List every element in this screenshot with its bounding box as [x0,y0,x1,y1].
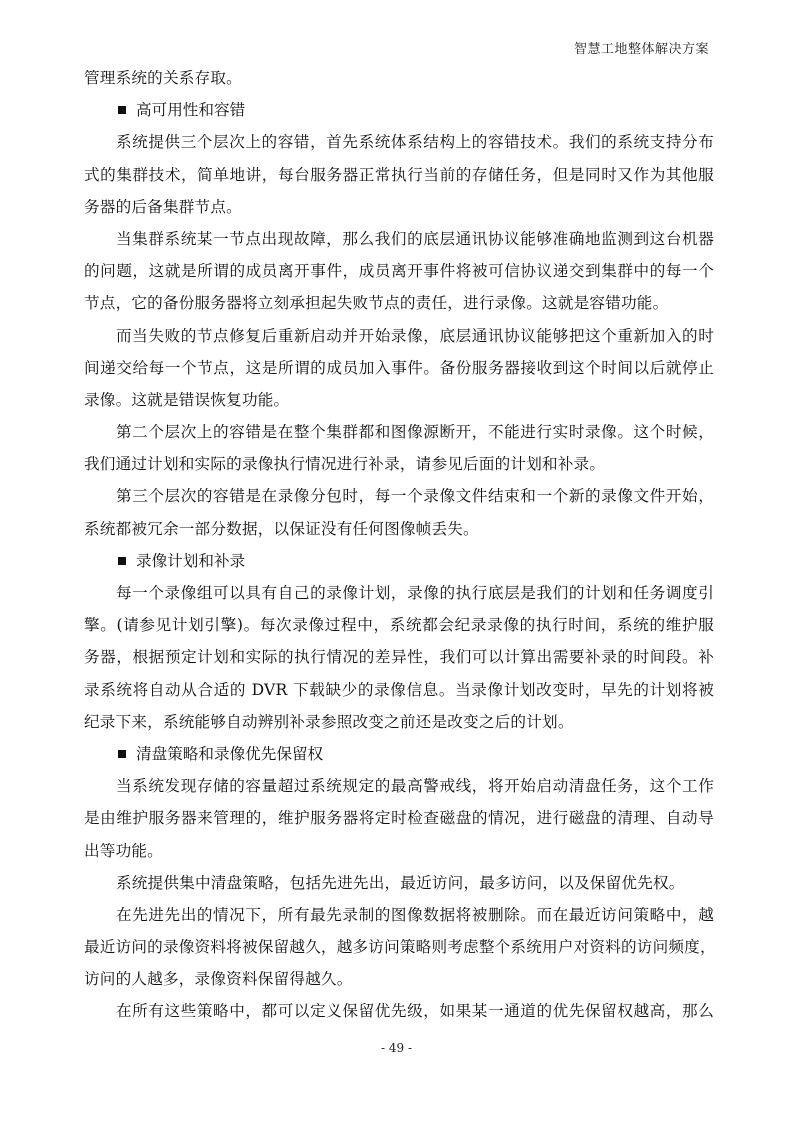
paragraph-line: 务器的后备集群节点。 [84,191,714,223]
square-bullet-icon [118,557,126,565]
square-bullet-icon [118,106,126,114]
paragraph-line: 务器，根据预定计划和实际的执行情况的差异性，我们可以计算出需要补录的时间段。补 [84,641,714,673]
paragraph-line: 的问题，这就是所谓的成员离开事件，成员离开事件将被可信协议递交到集群中的每一个 [84,255,714,287]
paragraph-line: 式的集群技术，简单地讲，每台服务器正常执行当前的存储任务，但是同时又作为其他服 [84,159,714,191]
section-heading-text: 录像计划和补录 [136,552,245,570]
paragraph-line: 我们通过计划和实际的录像执行情况进行补录，请参见后面的计划和补录。 [84,448,714,480]
paragraph-line: 在先进先出的情况下，所有最先录制的图像数据将被删除。而在最近访问策略中，越 [84,899,714,931]
paragraph-line: 当集群系统某一节点出现故障，那么我们的底层通讯协议能够准确地监测到这台机器 [84,223,714,255]
paragraph-line: 系统提供三个层次上的容错，首先系统体系结构上的容错技术。我们的系统支持分布 [84,126,714,158]
paragraph-line: 录像。这就是错误恢复功能。 [84,384,714,416]
paragraph-line: 每一个录像组可以具有自己的录像计划，录像的执行底层是我们的计划和任务调度引 [84,577,714,609]
paragraph-line: 录系统将自动从合适的 DVR 下载缺少的录像信息。当录像计划改变时，早先的计划将… [84,674,714,706]
paragraph-line: 系统都被冗余一部分数据，以保证没有任何图像帧丢失。 [84,513,714,545]
paragraph-line: 出等功能。 [84,835,714,867]
paragraph-line: 最近访问的录像资料将被保留越久，越多访问策略则考虑整个系统用户对资料的访问频度， [84,931,714,963]
paragraph-line: 纪录下来，系统能够自动辨别补录参照改变之前还是改变之后的计划。 [84,706,714,738]
section-heading-bullet: 清盘策略和录像优先保留权 [84,738,714,770]
paragraph-line: 第三个层次的容错是在录像分包时，每一个录像文件结束和一个新的录像文件开始， [84,480,714,512]
section-heading-text: 高可用性和容错 [136,101,245,119]
section-heading-text: 清盘策略和录像优先保留权 [136,745,323,763]
paragraph-line: 访问的人越多，录像资料保留得越久。 [84,963,714,995]
paragraph-line: 是由维护服务器来管理的，维护服务器将定时检查磁盘的情况，进行磁盘的清理、自动导 [84,802,714,834]
paragraph-line: 在所有这些策略中，都可以定义保留优先级，如果某一通道的优先保留权越高，那么 [84,995,714,1027]
paragraph-line: 而当失败的节点修复后重新启动并开始录像，底层通讯协议能够把这个重新加入的时 [84,320,714,352]
page-number: - 49 - [0,1041,793,1055]
paragraph-line: 管理系统的关系存取。 [84,62,714,94]
section-heading-bullet: 录像计划和补录 [84,545,714,577]
paragraph-line: 系统提供集中清盘策略，包括先进先出，最近访问，最多访问，以及保留优先权。 [84,867,714,899]
paragraph-line: 当系统发现存储的容量超过系统规定的最高警戒线，将开始启动清盘任务，这个工作 [84,770,714,802]
square-bullet-icon [118,750,126,758]
paragraph-line: 间递交给每一个节点，这是所谓的成员加入事件。备份服务器接收到这个时间以后就停止 [84,352,714,384]
paragraph-line: 节点，它的备份服务器将立刻承担起失败节点的责任，进行录像。这就是容错功能。 [84,287,714,319]
paragraph-line: 擎。(请参见计划引擎)。每次录像过程中，系统都会纪录录像的执行时间，系统的维护服 [84,609,714,641]
section-heading-bullet: 高可用性和容错 [84,94,714,126]
paragraph-line: 第二个层次上的容错是在整个集群都和图像源断开，不能进行实时录像。这个时候， [84,416,714,448]
document-body: 管理系统的关系存取。高可用性和容错系统提供三个层次上的容错，首先系统体系结构上的… [84,62,714,1028]
running-header: 智慧工地整体解决方案 [574,38,709,57]
